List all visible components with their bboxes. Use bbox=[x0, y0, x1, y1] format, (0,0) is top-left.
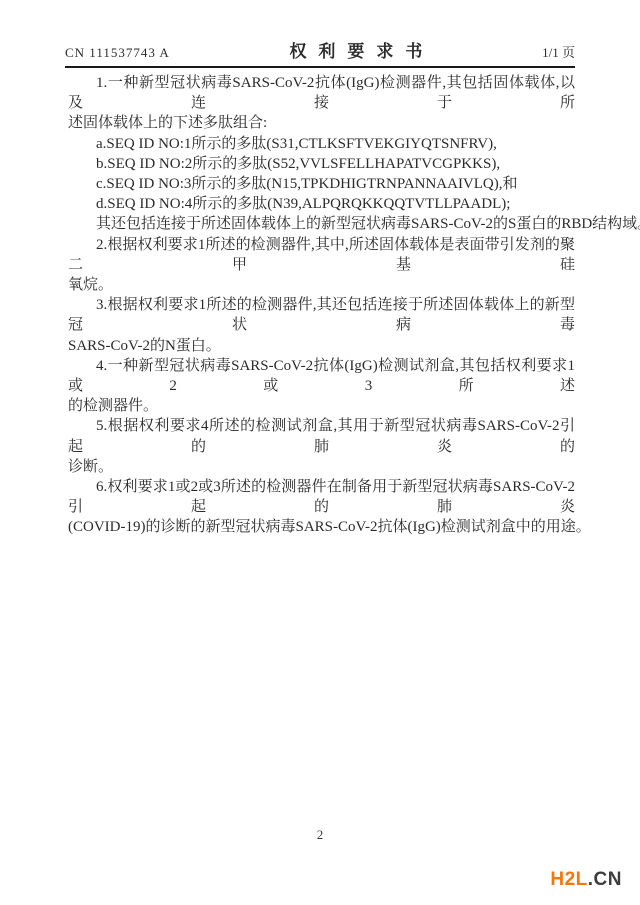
claim-text-line: 1.一种新型冠状病毒SARS-CoV-2抗体(IgG)检测器件,其包括固体载体,… bbox=[68, 73, 575, 113]
claim-text-line: 5.根据权利要求4所述的检测试剂盒,其用于新型冠状病毒SARS-CoV-2引起的… bbox=[68, 416, 575, 456]
document-title-wrap: 权利要求书 bbox=[170, 37, 542, 62]
page-header: CN 111537743 A 权利要求书 1/1 页 bbox=[65, 37, 575, 68]
claim-text-line: 4.一种新型冠状病毒SARS-CoV-2抗体(IgG)检测试剂盒,其包括权利要求… bbox=[68, 356, 575, 396]
claim-text-line: 氧烷。 bbox=[68, 275, 575, 295]
claim-text-line: 述固体载体上的下述多肽组合: bbox=[68, 113, 575, 133]
page-number: 2 bbox=[0, 827, 640, 843]
claim-text-line: b.SEQ ID NO:2所示的多肽(S52,VVLSFELLHAPATVCGP… bbox=[68, 154, 575, 174]
patent-claims-page: CN 111537743 A 权利要求书 1/1 页 1.一种新型冠状病毒SAR… bbox=[0, 0, 640, 905]
claim-text-line: 其还包括连接于所述固体载体上的新型冠状病毒SARS-CoV-2的S蛋白的RBD结… bbox=[68, 214, 575, 234]
claim-text-line: 3.根据权利要求1所述的检测器件,其还包括连接于所述固体载体上的新型冠状病毒 bbox=[68, 295, 575, 335]
claim-text-line: 诊断。 bbox=[68, 457, 575, 477]
sheet-indicator: 1/1 页 bbox=[542, 42, 575, 61]
claim-text-line: a.SEQ ID NO:1所示的多肽(S31,CTLKSFTVEKGIYQTSN… bbox=[68, 134, 575, 154]
claim-text-line: 6.权利要求1或2或3所述的检测器件在制备用于新型冠状病毒SARS-CoV-2引… bbox=[68, 477, 575, 517]
claim-text-line: 的检测器件。 bbox=[68, 396, 575, 416]
publication-number: CN 111537743 A bbox=[65, 45, 170, 61]
claim-text-line: c.SEQ ID NO:3所示的多肽(N15,TPKDHIGTRNPANNAAI… bbox=[68, 174, 575, 194]
claims-body: 1.一种新型冠状病毒SARS-CoV-2抗体(IgG)检测器件,其包括固体载体,… bbox=[68, 73, 575, 538]
claim-text-line: SARS-CoV-2的N蛋白。 bbox=[68, 336, 575, 356]
claim-text-line: (COVID-19)的诊断的新型冠状病毒SARS-CoV-2抗体(IgG)检测试… bbox=[68, 517, 575, 537]
document-title: 权利要求书 bbox=[289, 42, 434, 61]
watermark-suffix: .CN bbox=[588, 869, 622, 890]
watermark: H2L.CN bbox=[550, 869, 622, 891]
watermark-brand: H2L bbox=[550, 869, 587, 890]
claim-text-line: 2.根据权利要求1所述的检测器件,其中,所述固体载体是表面带引发剂的聚二甲基硅 bbox=[68, 235, 575, 275]
claim-text-line: d.SEQ ID NO:4所示的多肽(N39,ALPQRQKKQQTVTLLPA… bbox=[68, 194, 575, 214]
